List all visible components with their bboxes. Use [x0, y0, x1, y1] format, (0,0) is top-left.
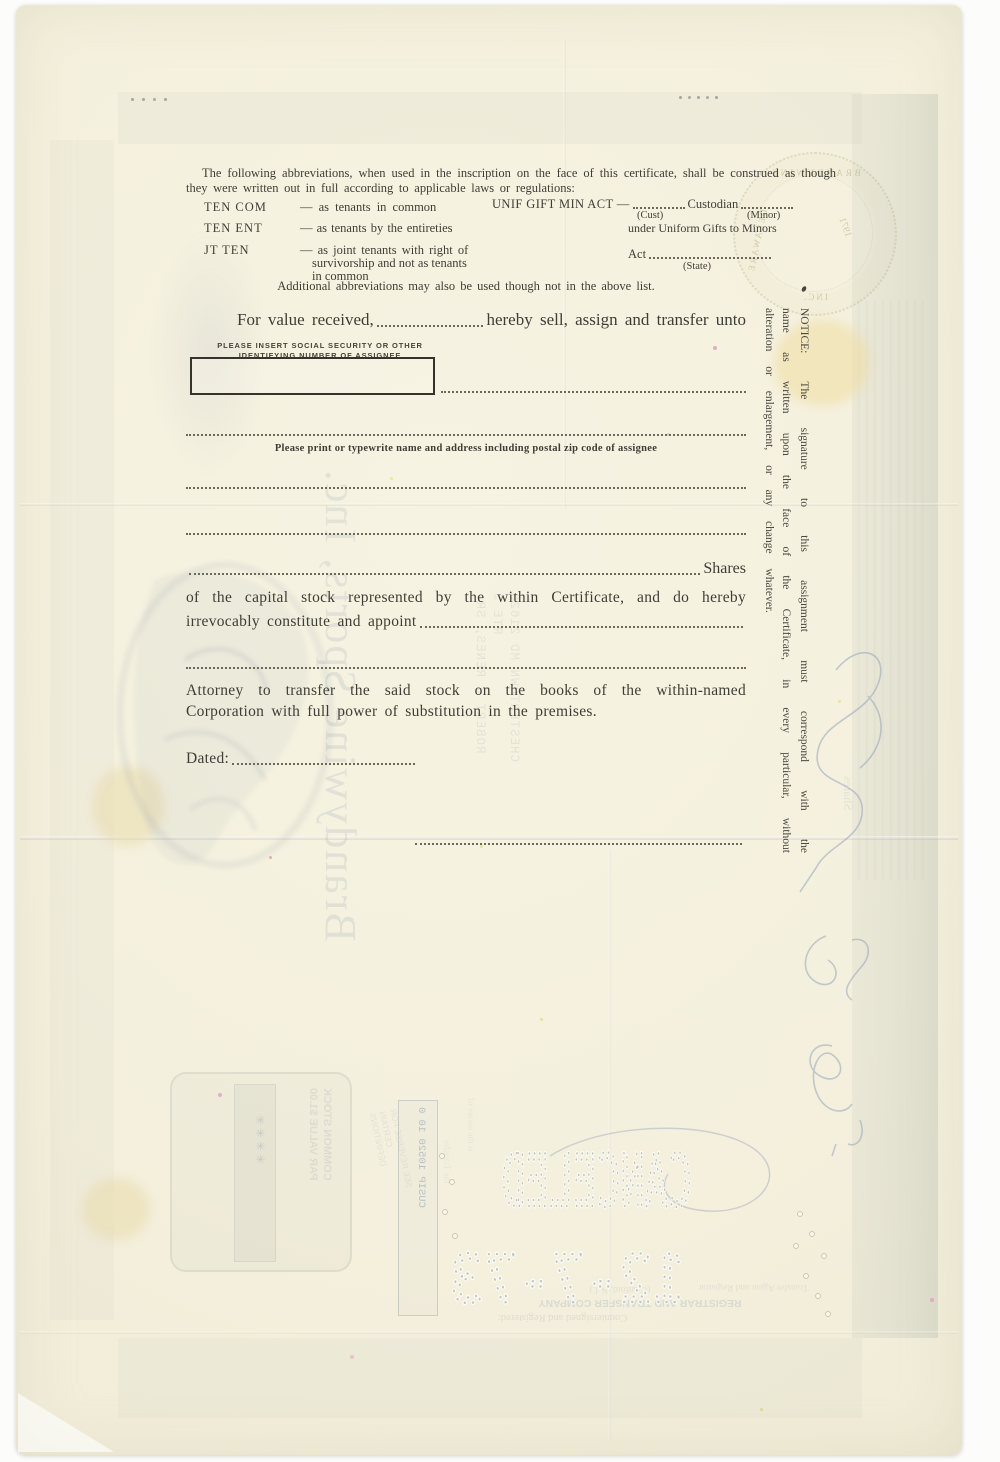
attorney-line-1: Attorney to transfer the said stock on t… [186, 682, 746, 700]
stain-bottom-left [82, 1178, 150, 1240]
perforated-cancel-date: 12-7-73 12-7-73 [450, 1242, 686, 1319]
perforated-cancel-word: CANCELED CANCELED [501, 1139, 692, 1223]
under-minors-line: under Uniform Gifts to Minors [628, 221, 777, 236]
abbreviations-intro-line1: The following abbreviations, when used i… [186, 166, 836, 181]
paper-speck [760, 1408, 763, 1411]
appoint-line: irrevocably constitute and appoint [186, 613, 746, 631]
print-caption: Please print or typewrite name and addre… [186, 443, 746, 454]
abbrev-ten-com: TEN COM [204, 200, 267, 215]
handwriting-marks [740, 600, 970, 1160]
appoint-label: irrevocably constitute and appoint [186, 613, 417, 631]
ghost-panel-stars: ✳ ✳ ✳ ✳ [252, 1115, 267, 1164]
act-line: Act [628, 247, 774, 262]
abbrev-ten-ent: TEN ENT [204, 221, 263, 236]
handwriting-numerals-1 [805, 936, 868, 1000]
pin-holes-left [131, 98, 167, 101]
paper-speck [713, 346, 717, 350]
handwriting-numerals-2 [810, 1045, 862, 1145]
capital-stock-line: of the capital stock represented by the … [186, 589, 746, 607]
abbrev-ten-ent-def: — as tenants by the entireties [300, 221, 453, 236]
pin-holes-right [679, 96, 718, 99]
fill-line-attorney-2 [186, 667, 746, 669]
abbrev-jt-ten: JT TEN [204, 243, 249, 258]
paper-speck [540, 1018, 543, 1021]
cust-caption: (Cust) [637, 210, 663, 221]
svg-text:12-7-73: 12-7-73 [450, 1242, 686, 1319]
fill-line-signature [415, 843, 742, 845]
unif-gift-label: UNIF GIFT MIN ACT — [492, 197, 630, 212]
fill-line [441, 391, 746, 393]
svg-text:CANCELED: CANCELED [501, 1139, 692, 1223]
fill-line-address-1 [186, 487, 746, 489]
for-value-label: For value received, [237, 310, 374, 330]
ghost-cusip-text: CUSIP 10520 10 0 [415, 1107, 427, 1307]
attorney-line-2: Corporation with full power of substitut… [186, 703, 746, 721]
ghost-panel-bar: ✳ ✳ ✳ ✳ [234, 1084, 276, 1262]
abbrev-ten-com-def: — as tenants in common [300, 200, 436, 215]
fill-line-attorney-name [420, 626, 743, 628]
shares-label: Shares [703, 560, 746, 578]
fill-line [633, 207, 685, 209]
state-caption: (State) [683, 261, 711, 272]
paper-speck [350, 1355, 354, 1359]
ghost-ornate-panel: ✳ ✳ ✳ ✳ [170, 1072, 352, 1272]
paper-speck [930, 1298, 934, 1302]
shares-line: Shares [186, 560, 746, 578]
ssn-instruction-line1: PLEASE INSERT SOCIAL SECURITY OR OTHER [200, 341, 440, 351]
for-value-line: For value received, hereby sell, assign … [237, 310, 746, 330]
fill-line [741, 207, 793, 209]
fill-line-assignee-name [186, 434, 746, 436]
dated-line: Dated: [186, 750, 418, 768]
handwriting-flourish-accent [860, 696, 881, 768]
abbreviations-intro-line2: they were written out in full according … [186, 181, 836, 196]
act-label: Act [628, 247, 646, 262]
minor-caption: (Minor) [747, 210, 780, 221]
fill-line-address-2 [186, 533, 746, 535]
transfer-unto-label: hereby sell, assign and transfer unto [486, 310, 746, 330]
additional-abbreviations-note: Additional abbreviations may also be use… [186, 279, 746, 294]
paper-speck [390, 477, 393, 480]
handwriting-tail [832, 1144, 836, 1156]
ssn-entry-box [190, 357, 435, 395]
fill-line [649, 257, 771, 259]
fill-line-assignor [377, 325, 484, 327]
seal-inc: INC. [733, 292, 897, 302]
paper-speck [480, 845, 483, 848]
fill-line-share-count [189, 573, 700, 575]
handwriting-flourish [800, 653, 881, 892]
fill-line-date [232, 763, 415, 765]
custodian-label: Custodian [688, 197, 739, 212]
dated-label: Dated: [186, 750, 229, 768]
